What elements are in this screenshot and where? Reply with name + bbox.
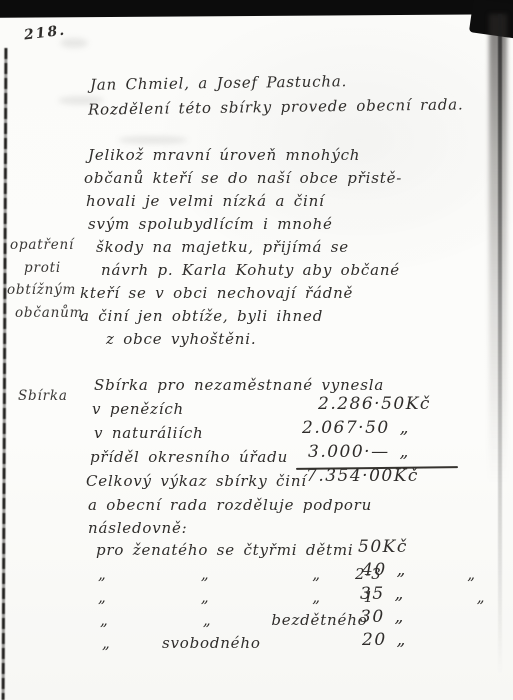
allocation-row-category: „ „ „ 2-3 „ <box>98 567 476 582</box>
allocation-row-amount: 20 „ <box>362 632 407 649</box>
heading-names-line: Jan Chmiel, a Josef Pastucha. <box>90 74 347 93</box>
collection-item-label: v naturáliích <box>94 426 204 441</box>
paragraph-line: občanů kteří se do naší obce přistě- <box>84 171 402 186</box>
heading-resolution-line: Rozdělení této sbírky provede obecní rad… <box>88 97 464 117</box>
paper-smudge <box>60 38 88 48</box>
allocation-row-amount: 30 „ <box>360 609 405 626</box>
paragraph-line: Jelikož mravní úroveň mnohých <box>88 148 360 163</box>
margin-note-measure-word: proti <box>24 262 61 276</box>
collection-item-amount: 2.067·50 „ <box>302 420 410 437</box>
page-number: 218. <box>23 23 67 42</box>
paragraph-line: svým spolubydlícím i mnohé <box>88 217 333 232</box>
allocation-row-category: „ „ „ 1 „ <box>98 590 485 605</box>
scan-left-edge-line <box>2 48 8 700</box>
scan-black-top-edge <box>0 0 513 18</box>
allocation-row-category: „ svobodného <box>102 636 261 651</box>
allocation-row-category: pro ženatého se čtyřmi dětmi <box>96 543 353 558</box>
paragraph-line: z obce vyhoštěni. <box>106 332 256 347</box>
collection-total-label: Celkový výkaz sbírky činí <box>86 474 307 489</box>
distribution-line: následovně: <box>88 521 187 536</box>
paragraph-line: škody na majetku, přijímá se <box>96 240 349 255</box>
paragraph-line: kteří se v obci nechovají řádně <box>80 286 353 301</box>
collection-item-label: v penězích <box>92 402 184 417</box>
collection-item-amount: 2.286·50Kč <box>318 396 431 413</box>
collection-item-label: příděl okresního úřadu <box>90 450 288 465</box>
collection-intro-line: Sbírka pro nezaměstnané vynesla <box>94 378 384 393</box>
distribution-line: a obecní rada rozděluje podporu <box>88 498 372 513</box>
paragraph-line: a činí jen obtíže, byli ihned <box>80 309 323 324</box>
collection-total-amount: 7.354·00Kč <box>306 468 419 485</box>
margin-note-measure-word: obtížným <box>7 284 76 298</box>
allocation-row-amount: 50Kč <box>358 539 408 556</box>
paper-smudge <box>118 136 188 144</box>
margin-note-measure-word: opatření <box>10 239 74 253</box>
binding-gutter-streak <box>498 14 502 674</box>
paragraph-line: hovali je velmi nízká a činí <box>86 194 325 209</box>
allocation-row-amount: 35 „ <box>360 586 405 603</box>
allocation-row-category: „ „ bezdětného <box>100 613 368 628</box>
margin-note-measure-word: občanům <box>15 307 83 321</box>
paragraph-line: návrh p. Karla Kohuty aby občané <box>101 263 400 278</box>
scanned-document-page: 218. Jan Chmiel, a Josef Pastucha. Rozdě… <box>0 0 513 700</box>
allocation-row-amount: 40 „ <box>362 562 407 579</box>
collection-item-amount: 3.000·— „ <box>308 444 410 461</box>
margin-note-collection: Sbírka <box>18 390 68 404</box>
